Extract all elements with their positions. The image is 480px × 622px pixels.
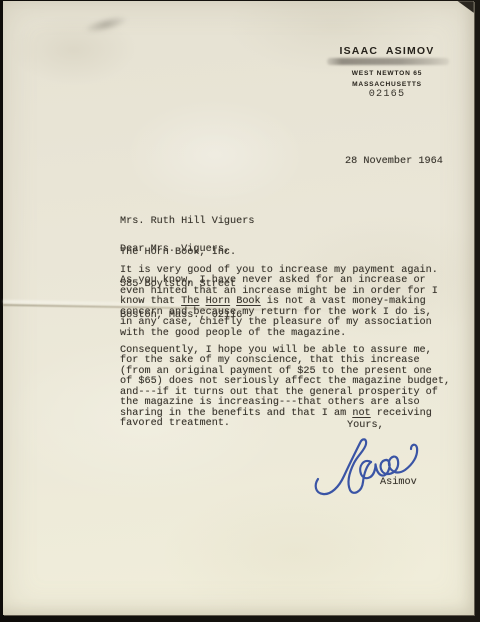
body-line: with the good people of the magazine. [120, 329, 438, 339]
text-segment: for the sake of my conscience, that this… [120, 355, 420, 366]
salutation: Dear Mrs. Viguers, [120, 245, 230, 255]
body-paragraph-2: Consequently, I hope you will be able to… [120, 346, 450, 430]
letterhead-redaction-smudge [327, 58, 449, 65]
letter-paper: Isaac Asimov WEST NEWTON 65 MASSACHUSETT… [3, 1, 474, 615]
letterhead-zip: 02165 [300, 89, 474, 100]
letterhead-city: WEST NEWTON 65 [300, 70, 474, 77]
text-segment: is not a vast money-making [261, 296, 426, 307]
body-paragraph-1: It is very good of you to increase my pa… [120, 266, 438, 339]
text-segment: As you know, I have never asked for an i… [120, 275, 426, 286]
valediction: Yours, [347, 421, 384, 431]
page-corner-shadow [452, 1, 474, 13]
underlined-text: Book [236, 296, 260, 307]
underlined-text: Horn [206, 296, 230, 307]
recipient-name: Mrs. Ruth Hill Viguers [120, 217, 255, 227]
signature-initial-stroke [316, 439, 371, 494]
text-segment: of $65) does not seriously affect the ma… [120, 376, 450, 387]
signature-letters-stroke [360, 445, 417, 478]
letterhead-state: MASSACHUSETTS [300, 81, 474, 88]
text-segment: know that [120, 296, 181, 307]
underlined-text: The [181, 296, 199, 307]
text-segment: favored treatment. [120, 418, 230, 429]
text-segment: the magazine is increasing---that others… [120, 397, 420, 408]
text-segment: receiving [371, 408, 432, 419]
paper-smudge [82, 13, 130, 37]
signature-handwriting [313, 435, 427, 501]
letterhead-name: Isaac Asimov [300, 45, 474, 57]
text-segment: in any case, chiefly the pleasure of my … [120, 317, 432, 328]
letter-date: 28 November 1964 [345, 157, 443, 167]
body-line: favored treatment. [120, 419, 450, 429]
text-segment: with the good people of the magazine. [120, 328, 346, 339]
typed-signature-name: Asimov [380, 478, 417, 488]
scanned-letter: Isaac Asimov WEST NEWTON 65 MASSACHUSETT… [0, 0, 480, 622]
underlined-text: not [352, 408, 370, 419]
